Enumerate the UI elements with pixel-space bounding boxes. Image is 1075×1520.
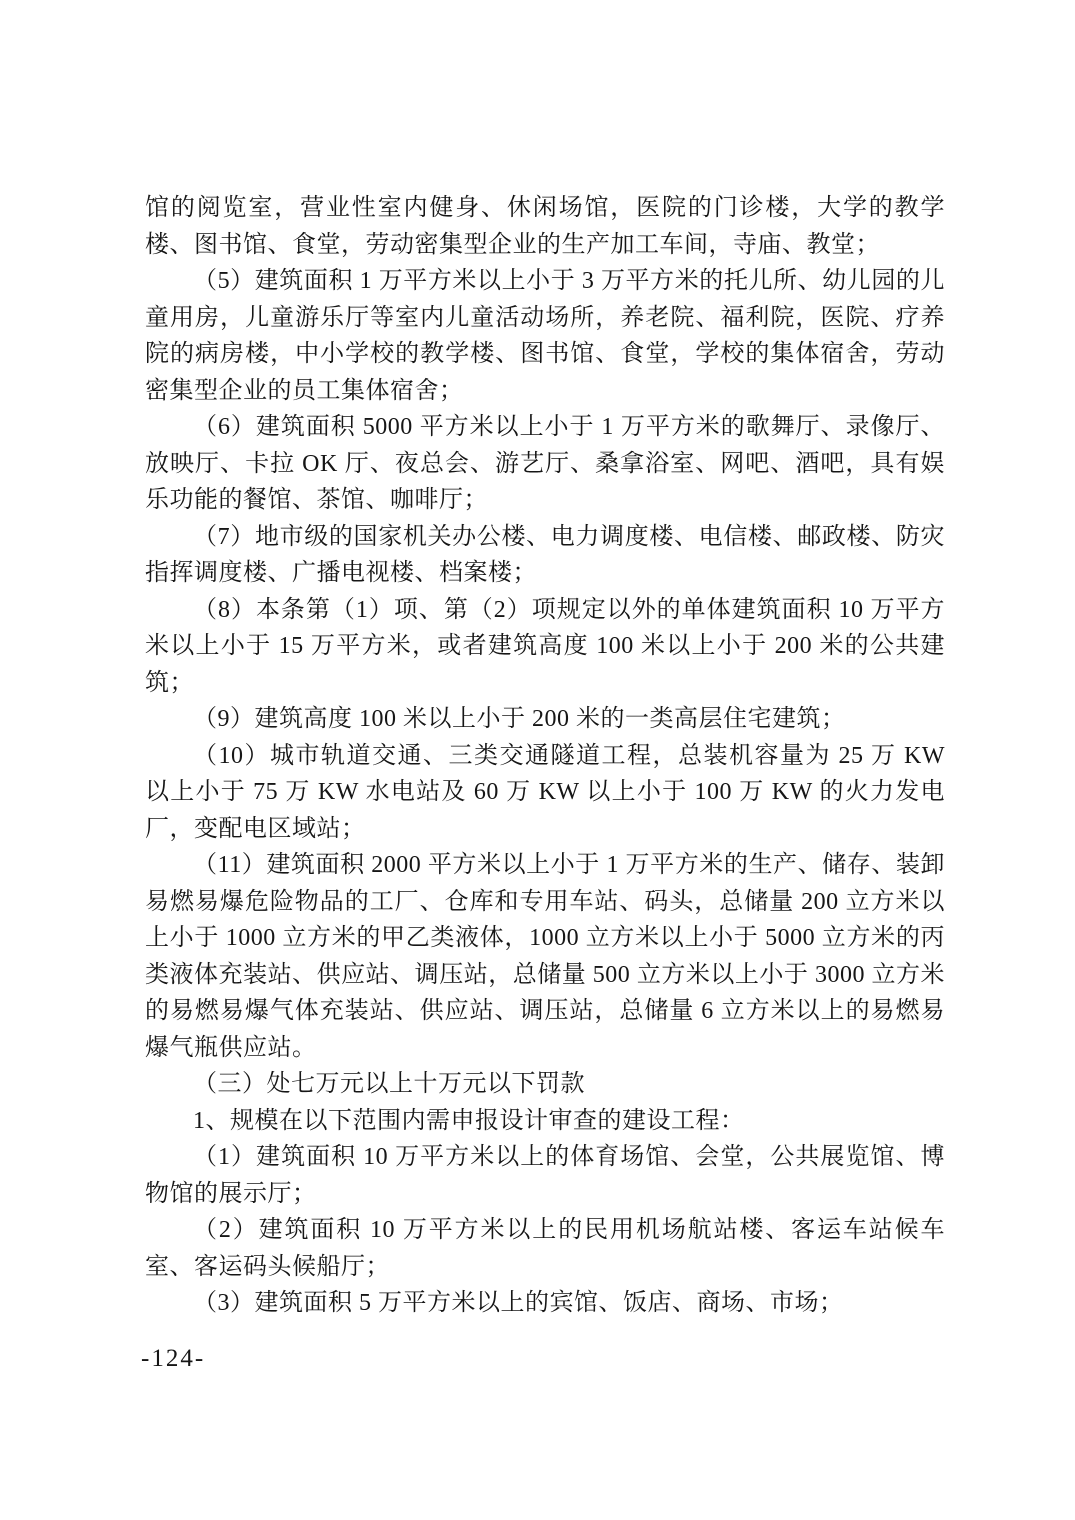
paragraph-subitem-1-intro: 1、规模在以下范围内需申报设计审查的建设工程：	[145, 1103, 945, 1140]
paragraph-item-10: （10）城市轨道交通、三类交通隧道工程，总装机容量为 25 万 KW 以上小于 …	[145, 738, 945, 848]
paragraph-item-5: （5）建筑面积 1 万平方米以上小于 3 万平方米的托儿所、幼儿园的儿童用房，儿…	[145, 263, 945, 409]
paragraph-item-8: （8）本条第（1）项、第（2）项规定以外的单体建筑面积 10 万平方米以上小于 …	[145, 592, 945, 702]
paragraph-continuation: 馆的阅览室，营业性室内健身、休闲场馆，医院的门诊楼，大学的教学楼、图书馆、食堂，…	[145, 190, 945, 263]
page-number: -124-	[141, 1344, 205, 1374]
paragraph-subitem-2: （2）建筑面积 10 万平方米以上的民用机场航站楼、客运车站候车室、客运码头候船…	[145, 1212, 945, 1285]
paragraph-item-11: （11）建筑面积 2000 平方米以上小于 1 万平方米的生产、储存、装卸易燃易…	[145, 847, 945, 1066]
paragraph-subitem-3: （3）建筑面积 5 万平方米以上的宾馆、饭店、商场、市场；	[145, 1285, 945, 1322]
paragraph-item-6: （6）建筑面积 5000 平方米以上小于 1 万平方米的歌舞厅、录像厅、放映厅、…	[145, 409, 945, 519]
paragraph-item-9: （9）建筑高度 100 米以上小于 200 米的一类高层住宅建筑；	[145, 701, 945, 738]
paragraph-item-7: （7）地市级的国家机关办公楼、电力调度楼、电信楼、邮政楼、防灾指挥调度楼、广播电…	[145, 519, 945, 592]
paragraph-subitem-1: （1）建筑面积 10 万平方米以上的体育场馆、会堂，公共展览馆、博物馆的展示厅；	[145, 1139, 945, 1212]
paragraph-section-3-heading: （三）处七万元以上十万元以下罚款	[145, 1066, 945, 1103]
document-body: 馆的阅览室，营业性室内健身、休闲场馆，医院的门诊楼，大学的教学楼、图书馆、食堂，…	[145, 190, 945, 1322]
document-page: 馆的阅览室，营业性室内健身、休闲场馆，医院的门诊楼，大学的教学楼、图书馆、食堂，…	[0, 0, 1075, 1520]
